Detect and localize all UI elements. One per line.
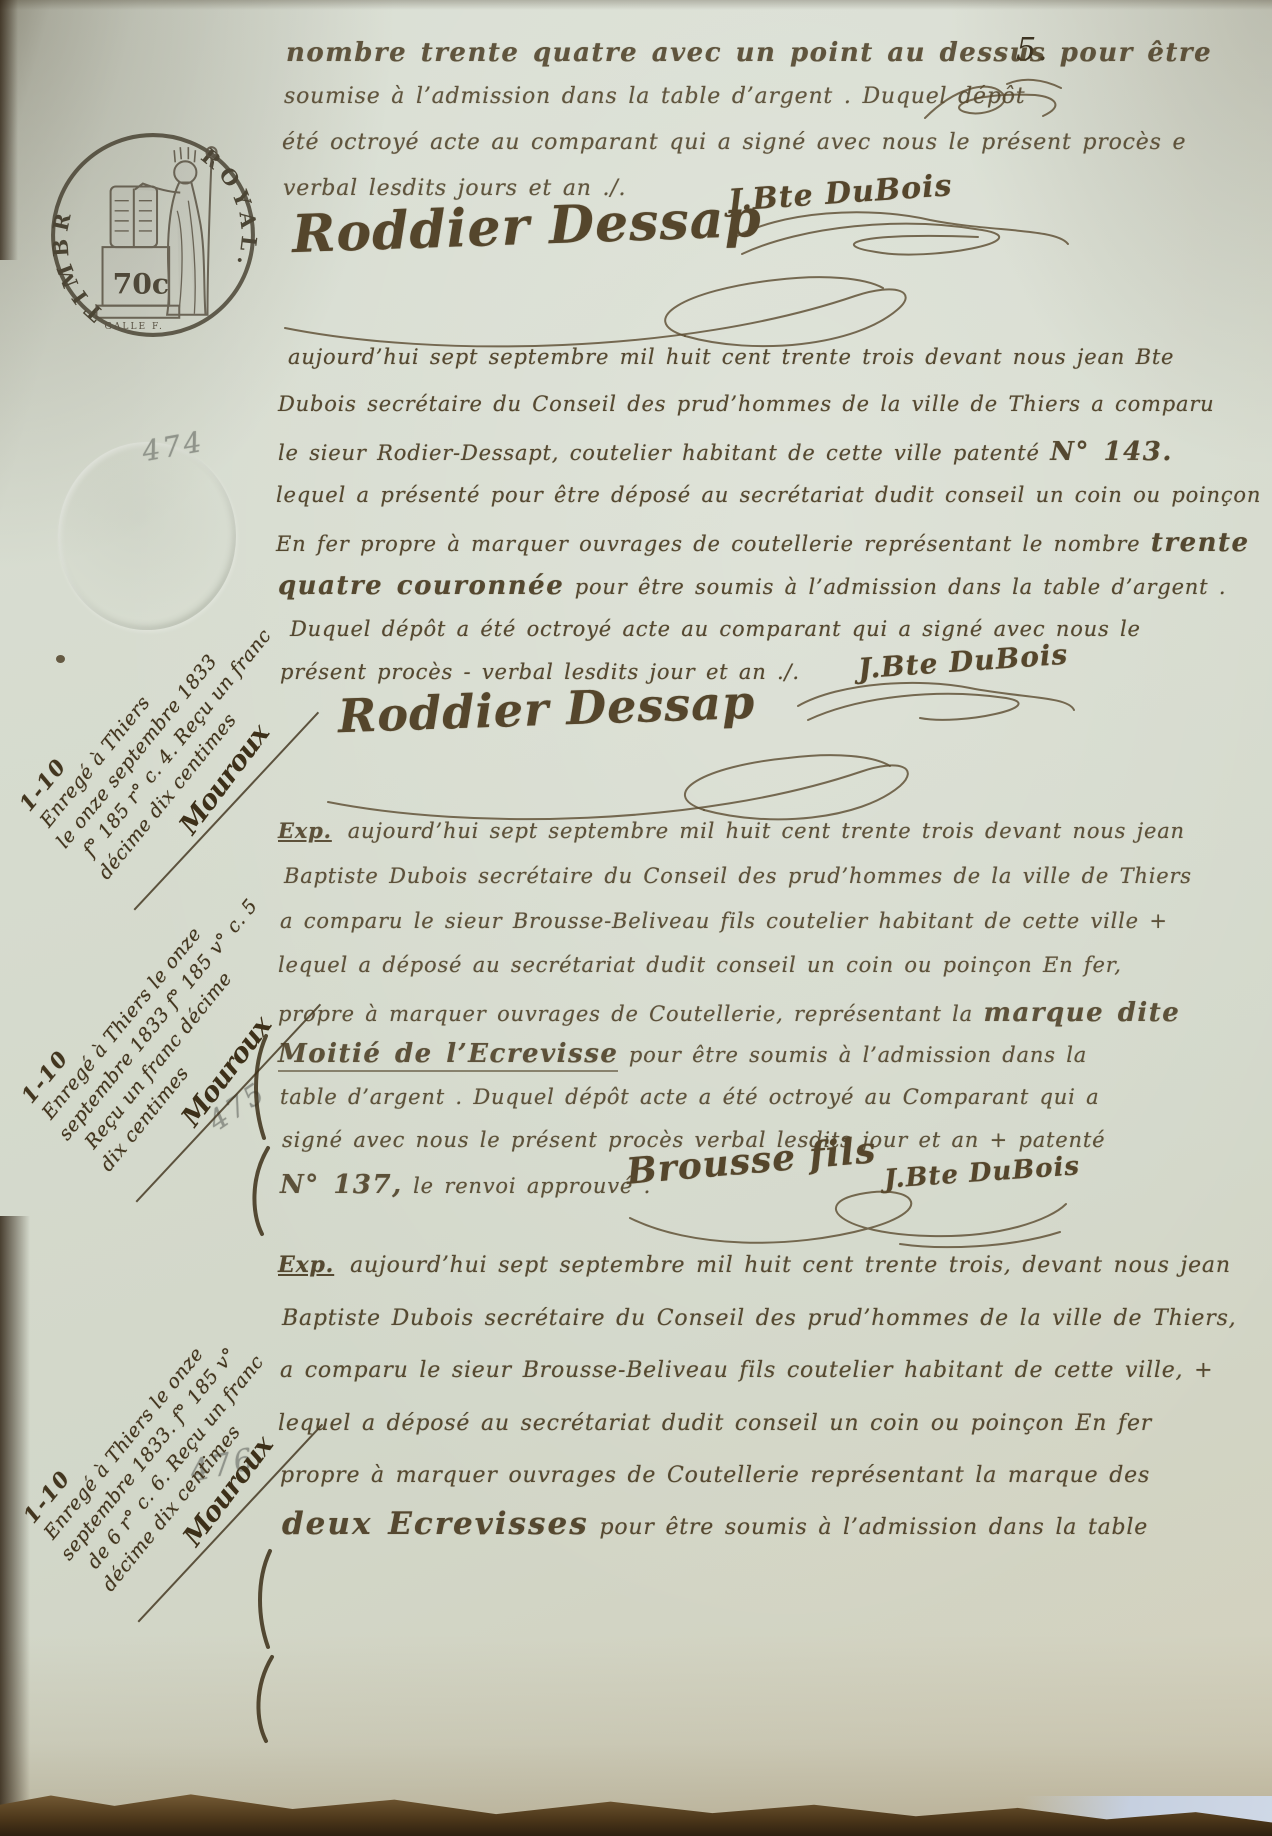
brousse-dubois-flourish — [610, 1180, 1080, 1255]
roddier-signature-2: Roddier Dessap — [337, 675, 756, 744]
book-spine-top-edge — [0, 0, 18, 260]
paragraph3-line-5: propre à marquer ouvrages de Coutellerie… — [280, 1463, 1150, 1488]
paragraph3-line-6: deux Ecrevisses pour être soumis à l’adm… — [282, 1506, 1148, 1542]
top-block-line-1: nombre trente quatre avec un point au de… — [286, 38, 1212, 68]
p3-l6-text: pour être soumis à l’admission dans la t… — [589, 1515, 1148, 1540]
p2-exp-prefix: Exp. — [278, 818, 332, 843]
paragraph2-line-1: Exp.aujourd’hui sept septembre mil huit … — [278, 818, 1185, 843]
stamp-engraver: GALLE F. — [105, 322, 164, 332]
stamp-text-timbre: TIMBRE — [46, 128, 108, 327]
p1-l3-patent-number: N° 143. — [1050, 437, 1173, 467]
paragraph2-line-2: Baptiste Dubois secrétaire du Conseil de… — [284, 864, 1192, 888]
p1-l5-mark-word: trente — [1151, 528, 1250, 558]
p1-l6-text: pour être soumis à l’admission dans la t… — [564, 575, 1226, 599]
margin-ink-strokes-1 — [246, 1028, 274, 1238]
dubois-signature2-flourish — [790, 678, 1080, 738]
p2-l6-text: pour être soumis à l’admission dans la — [618, 1043, 1087, 1067]
top-line1-text: nombre trente quatre avec un point au de… — [286, 38, 1212, 68]
paragraph2-line-5: propre à marquer ouvrages de Coutellerie… — [278, 998, 1180, 1028]
p1-l3-text: le sieur Rodier-Dessapt, coutelier habit… — [278, 441, 1050, 465]
stamp-value: 70c — [113, 267, 170, 301]
paragraph2-line-7: table d’argent . Duquel dépôt acte a été… — [280, 1085, 1099, 1109]
paragraph3-line-2: Baptiste Dubois secrétaire du Conseil de… — [282, 1306, 1236, 1331]
margin-ink-strokes-2 — [248, 1545, 278, 1745]
stamp-figure-staff — [208, 158, 212, 315]
paragraph1-line-6: quatre couronnée pour être soumis à l’ad… — [278, 571, 1226, 601]
paragraph1-line-4: lequel a présenté pour être déposé au se… — [276, 483, 1261, 507]
paragraph1-line-7: Duquel dépôt a été octroyé acte au compa… — [290, 617, 1141, 641]
paragraph1-line-5: En fer propre à marquer ouvrages de cout… — [276, 528, 1250, 558]
paragraph2-line-6: Moitié de l’Ecrevisse pour être soumis à… — [278, 1039, 1087, 1069]
paragraph3-line-3: a comparu le sieur Brousse-Beliveau fils… — [280, 1358, 1213, 1383]
paragraph1-line-1: aujourd’hui sept septembre mil huit cent… — [288, 345, 1174, 369]
paragraph2-line-4: lequel a déposé au secrétariat dudit con… — [278, 953, 1122, 977]
timbre-royal-stamp: TIMBRE ROYAL. 70c GALLE F. — [46, 128, 260, 342]
stamp-figure-head — [174, 161, 196, 183]
p1-l6-mark-word: quatre couronnée — [278, 571, 564, 601]
p2-mark-name-moitie-ecrevisse: Moitié de l’Ecrevisse — [278, 1039, 618, 1072]
p3-l1-text: aujourd’hui sept septembre mil huit cent… — [350, 1253, 1231, 1278]
ink-fleck — [56, 655, 65, 663]
paragraph3-line-4: lequel a déposé au secrétariat dudit con… — [278, 1411, 1152, 1436]
p3-exp-prefix: Exp. — [278, 1252, 334, 1278]
paragraph2-line-9: N° 137, le renvoi approuvé . — [280, 1170, 651, 1200]
p2-l1-text: aujourd’hui sept septembre mil huit cent… — [348, 819, 1185, 843]
p2-l5-mark-intro: marque dite — [983, 998, 1180, 1028]
paragraph1-line-2: Dubois secrétaire du Conseil des prud’ho… — [278, 392, 1215, 416]
p2-patent-number: N° 137, — [280, 1170, 403, 1200]
paragraph1-line-3: le sieur Rodier-Dessapt, coutelier habit… — [278, 437, 1173, 467]
p1-l5-text: En fer propre à marquer ouvrages de cout… — [276, 532, 1151, 556]
scanned-register-page: 5. TIMBRE ROYAL. 70c GALLE F. nombr — [0, 0, 1272, 1836]
paragraph2-line-3: a comparu le sieur Brousse-Beliveau fils… — [280, 909, 1168, 933]
book-spine-bottom-edge — [0, 1216, 30, 1836]
margin-note-1: 1-10 Enregé à Thiers le onze septembre 1… — [14, 574, 331, 908]
paragraph3-line-1: Exp.aujourd’hui sept septembre mil huit … — [278, 1252, 1231, 1278]
paraph-flourish — [915, 72, 1075, 142]
p2-l5-text: propre à marquer ouvrages de Coutellerie… — [278, 1002, 983, 1026]
p3-mark-name-deux-ecrevisses: deux Ecrevisses — [282, 1506, 589, 1542]
